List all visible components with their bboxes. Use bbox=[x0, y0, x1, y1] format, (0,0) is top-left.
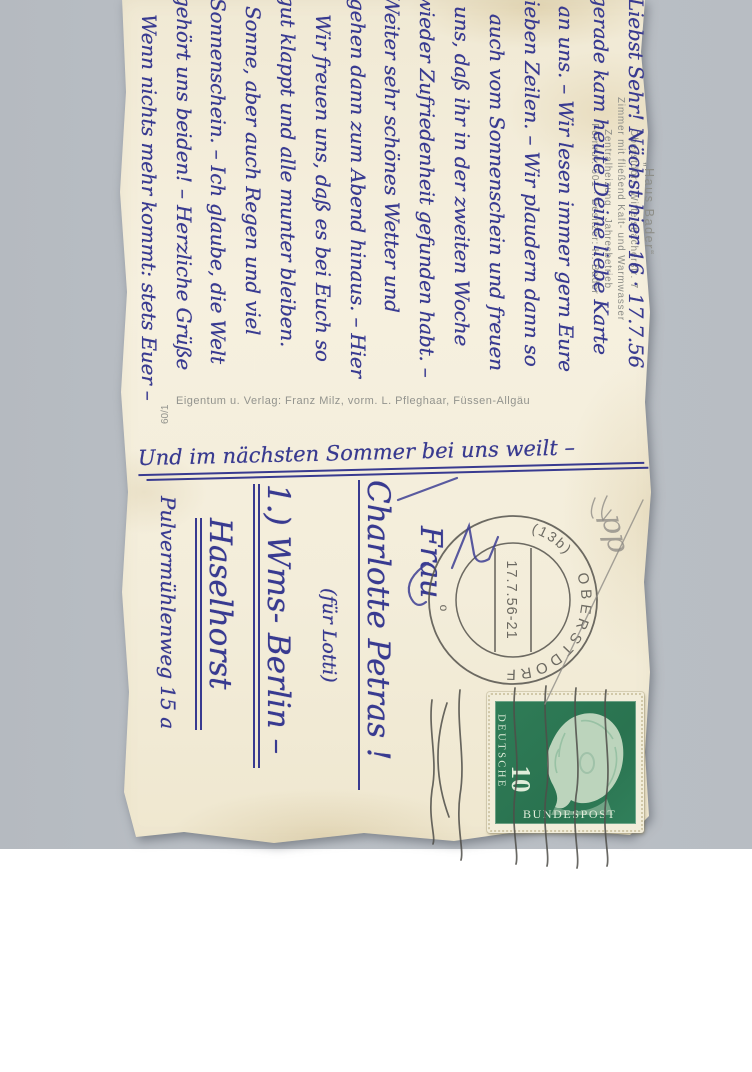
message-line: gehen dann zum Abend hinaus. – Hier bbox=[335, 0, 370, 468]
message-line: lieben Zeilen. – Wir plaudern dann so bbox=[509, 0, 544, 468]
message-line: gut klappt und alle munter bleiben. bbox=[265, 0, 300, 468]
message-line: uns, daß ihr in der zweiten Woche bbox=[439, 0, 474, 468]
address-street: Pulvermühlenweg 15 a bbox=[130, 470, 180, 842]
message-line: Liebst Sehr! Nächst hier 16 · 17.7.56 bbox=[613, 0, 648, 468]
address-district: Haselhorst bbox=[180, 470, 238, 842]
message-line: wieder Zufriedenheit gefunden habt. – bbox=[404, 0, 439, 468]
message-line: gehört uns beiden! – Herzliche Grüße bbox=[161, 0, 196, 468]
address-city-line: 1.) Wms- Berlin – bbox=[238, 470, 296, 842]
message-line: Sonne, aber auch Regen und viel bbox=[230, 0, 265, 468]
message-line: auch vom Sonnenschein und freuen bbox=[474, 0, 509, 468]
message-line: Wenn nichts mehr kommt: stets Euer – bbox=[126, 0, 161, 468]
message-line: Wir freuen uns, daß es bei Euch so bbox=[300, 0, 335, 468]
address-recipient-name: Charlotte Petras ! bbox=[340, 470, 396, 842]
address-note: (für Lotti) bbox=[296, 470, 340, 842]
message-line: an uns. – Wir lesen immer gern Eure bbox=[544, 0, 579, 468]
message-line: Weiter sehr schönes Wetter und bbox=[370, 0, 405, 468]
ink-flourish bbox=[395, 468, 665, 633]
message-line: Sonnenschein. – Ich glaube, die Welt bbox=[196, 0, 231, 468]
message-line: gerade kam heute Deine liebe Karte bbox=[578, 0, 613, 468]
handwritten-message: Liebst Sehr! Nächst hier 16 · 17.7.56 ge… bbox=[125, 0, 648, 468]
